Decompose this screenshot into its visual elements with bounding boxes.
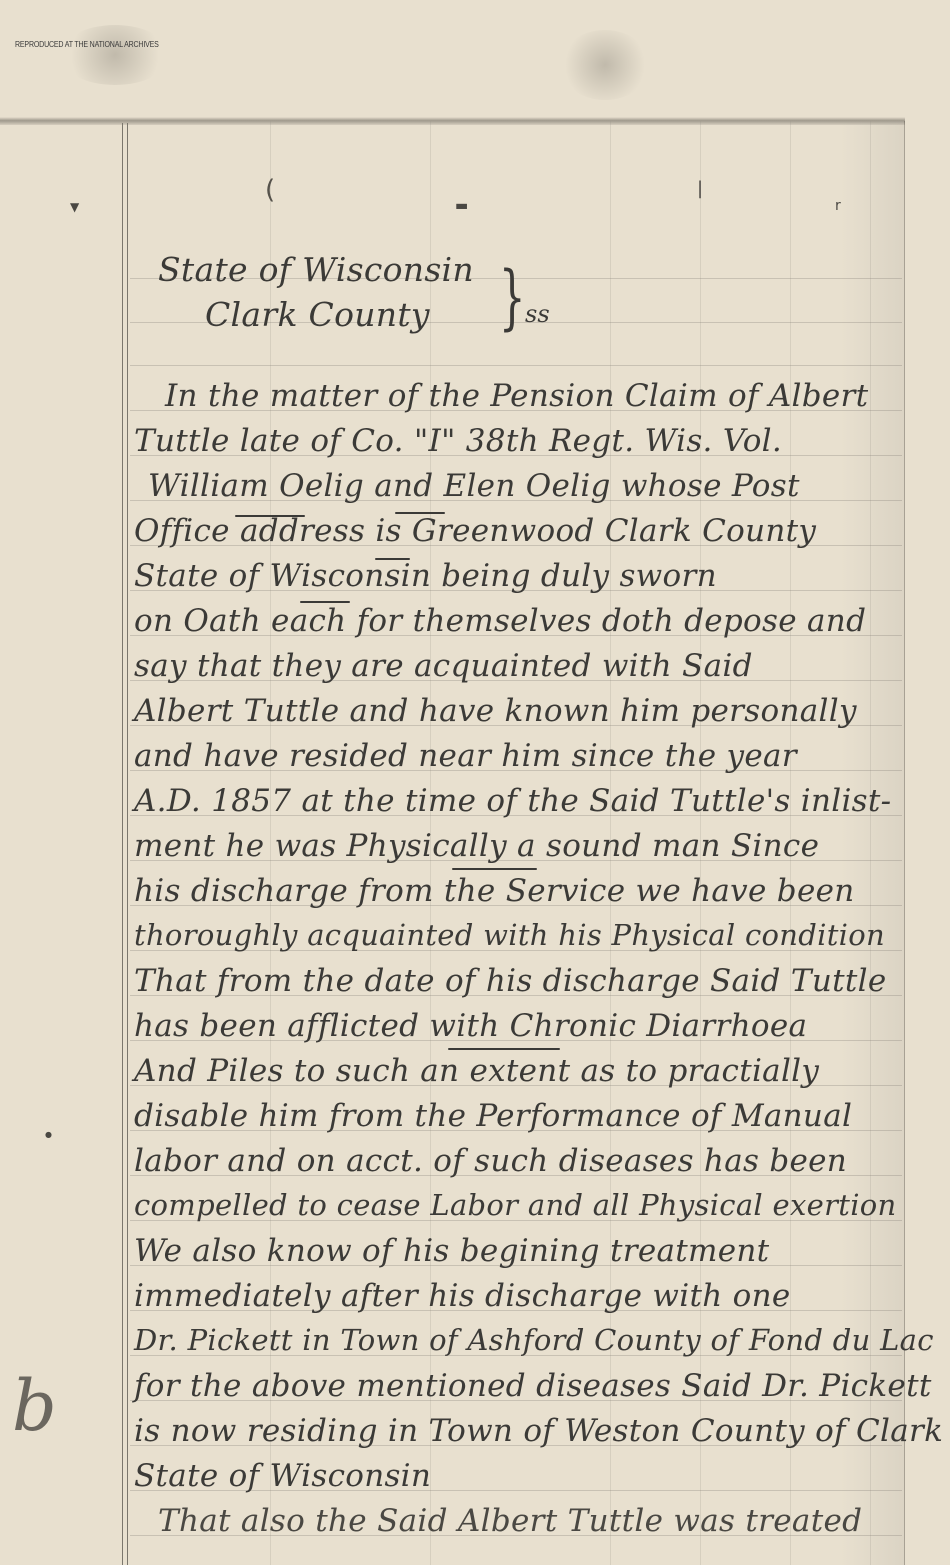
scan-speck: ▬ [455, 198, 468, 214]
affidavit-line: State of Wisconsin being duly sworn [134, 558, 717, 594]
affidavit-line: Office address is Greenwood Clark County [134, 513, 816, 549]
affidavit-line: disable him from the Performance of Manu… [134, 1098, 852, 1134]
ruled-line [130, 365, 902, 366]
underline-mark [300, 601, 350, 603]
venue-state: State of Wisconsin [158, 250, 474, 289]
affidavit-line: ment he was Physically a sound man Since [134, 828, 819, 864]
affidavit-line: labor and on acct. of such diseases has … [134, 1143, 847, 1179]
affidavit-line: William Oelig and Elen Oelig whose Post [148, 468, 800, 504]
affidavit-line: That from the date of his discharge Said… [134, 963, 886, 999]
affidavit-line: State of Wisconsin [134, 1458, 431, 1494]
margin-double-rule [122, 123, 128, 1565]
scan-smudge [560, 30, 650, 100]
scan-smudge [60, 25, 170, 85]
affidavit-line: Tuttle late of Co. "I" 38th Regt. Wis. V… [134, 423, 782, 459]
affidavit-line: on Oath each for themselves doth depose … [134, 603, 866, 639]
affidavit-line: A.D. 1857 at the time of the Said Tuttle… [134, 783, 891, 819]
venue-ss-mark: ss [525, 300, 550, 328]
affidavit-line: say that they are acquainted with Said [134, 648, 753, 684]
affidavit-line: is now residing in Town of Weston County… [134, 1413, 943, 1449]
underline-mark [448, 1048, 560, 1050]
affidavit-line: In the matter of the Pension Claim of Al… [165, 378, 868, 414]
archive-stamp: REPRODUCED AT THE NATIONAL ARCHIVES [15, 40, 159, 49]
scan-speck: ▼ [70, 200, 79, 214]
affidavit-line: And Piles to such an extent as to practi… [134, 1053, 819, 1089]
affidavit-line: Dr. Pickett in Town of Ashford County of… [134, 1323, 934, 1357]
scan-speck: | [697, 178, 703, 199]
scan-speck: ● [45, 1130, 52, 1139]
affidavit-line: has been afflicted with Chronic Diarrhoe… [134, 1008, 807, 1044]
scan-speck: ( [265, 175, 275, 205]
venue-brace: } [499, 256, 526, 338]
underline-mark [452, 868, 537, 870]
affidavit-line: immediately after his discharge with one [134, 1278, 791, 1314]
affidavit-line: and have resided near him since the year [134, 738, 797, 774]
affidavit-line: We also know of his begining treatment [134, 1233, 769, 1269]
scan-speck: r [835, 198, 841, 214]
affidavit-line: thoroughly acquainted with his Physical … [134, 918, 885, 952]
margin-annotation: b [12, 1365, 57, 1447]
underline-mark [375, 558, 410, 560]
affidavit-line: That also the Said Albert Tuttle was tre… [158, 1503, 862, 1539]
affidavit-line: for the above mentioned diseases Said Dr… [134, 1368, 932, 1404]
underline-mark [235, 515, 305, 517]
affidavit-line: his discharge from the Service we have b… [134, 873, 855, 909]
affidavit-line: Albert Tuttle and have known him persona… [134, 693, 857, 729]
affidavit-line: compelled to cease Labor and all Physica… [134, 1188, 897, 1222]
underline-mark [395, 512, 445, 514]
venue-county: Clark County [205, 295, 430, 334]
